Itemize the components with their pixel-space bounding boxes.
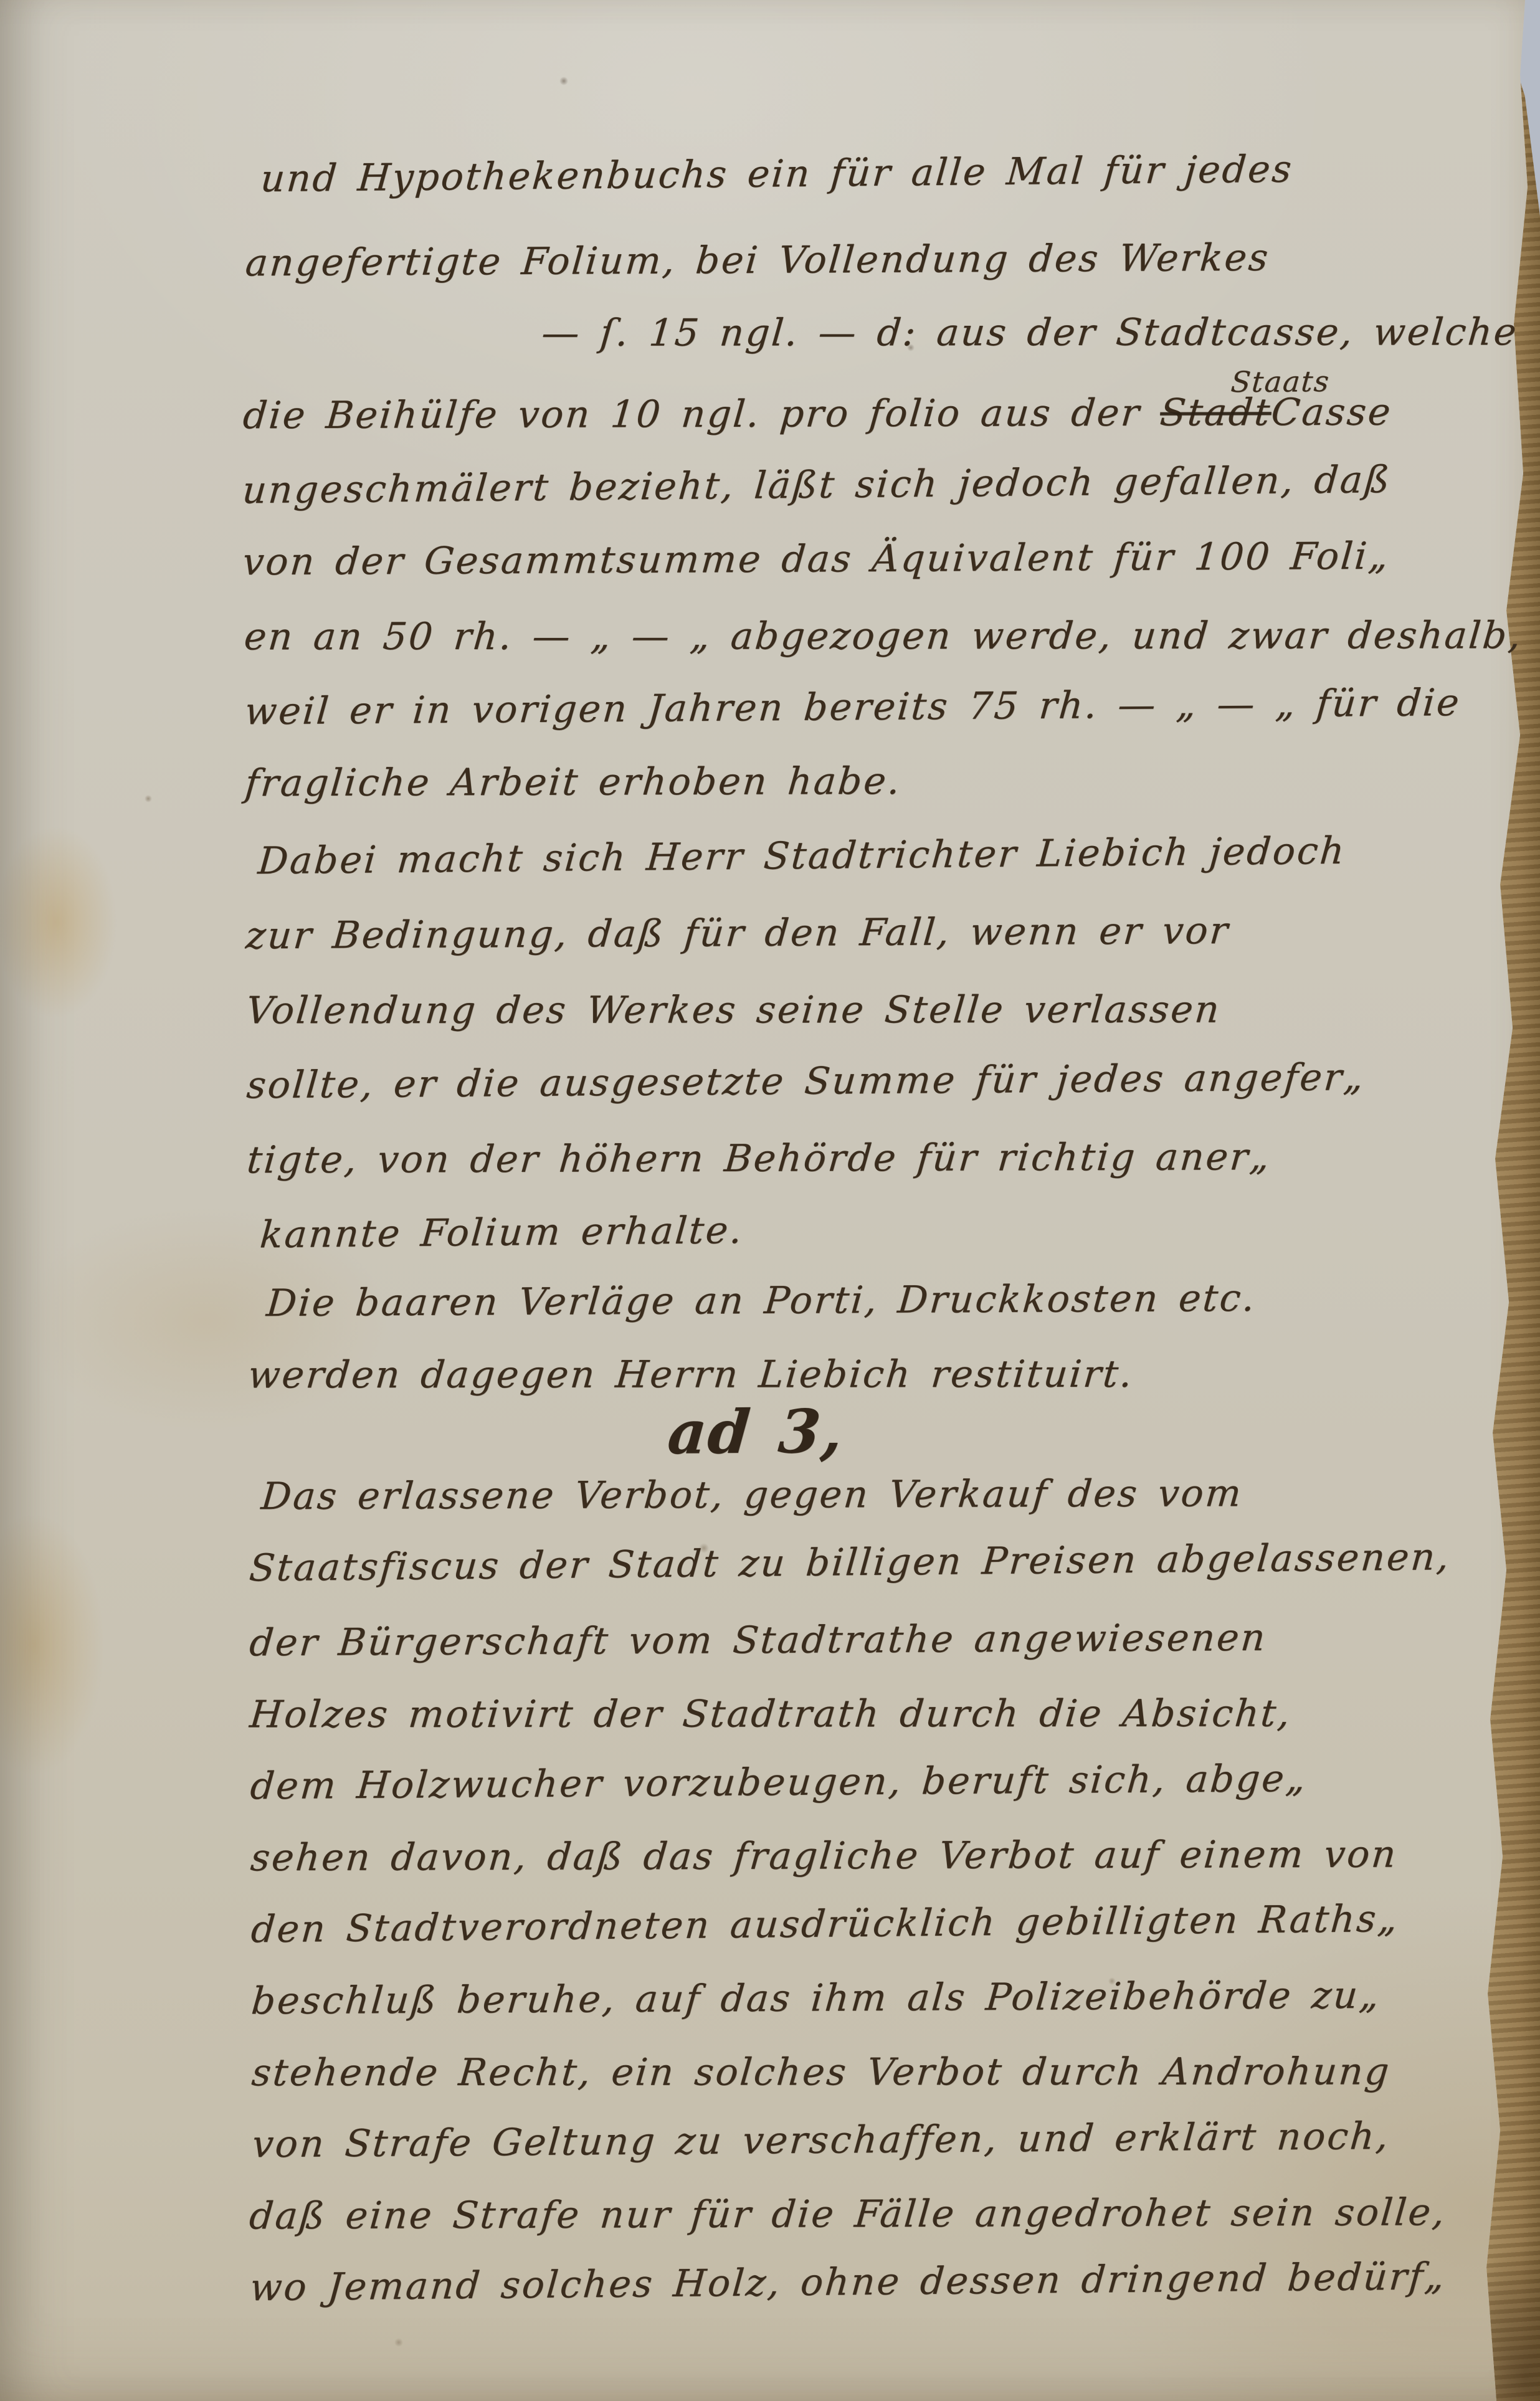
- manuscript-line: — ſ. 15 ngl. — d: aus der Stadtcasse, we…: [540, 311, 1520, 354]
- manuscript-line: zur Bedingung, daß für den Fall, wenn er…: [244, 910, 1231, 957]
- section-heading: ad 3,: [665, 1398, 847, 1467]
- manuscript-line: ungeschmälert bezieht, läßt sich jedoch …: [241, 459, 1393, 512]
- manuscript-line: fragliche Arbeit erhoben habe.: [244, 761, 903, 805]
- struck-word: Stadt: [1158, 391, 1273, 435]
- manuscript-line: Die baaren Verläge an Porti, Druckkosten…: [265, 1278, 1258, 1325]
- manuscript-line: Holzes motivirt der Stadtrath durch die …: [248, 1693, 1293, 1736]
- manuscript-line: die Beihülfe von 10 ngl. pro folio aus d…: [242, 392, 1394, 437]
- manuscript-line: Vollendung des Werkes seine Stelle verla…: [244, 989, 1222, 1032]
- manuscript-line: wo Jemand solches Holz, ohne dessen drin…: [249, 2256, 1448, 2309]
- manuscript-line: beschluß beruhe, auf das ihm als Polizei…: [250, 1975, 1382, 2023]
- manuscript-scan: und Hypothekenbuchs ein für alle Mal für…: [0, 0, 1540, 2401]
- manuscript-line: Staatsfiscus der Stadt zu billigen Preis…: [248, 1536, 1452, 1589]
- manuscript-line: kannte Folium erhalte.: [259, 1210, 745, 1257]
- manuscript-line: und Hypothekenbuchs ein für alle Mal für…: [259, 149, 1295, 201]
- manuscript-line: der Bürgerschaft vom Stadtrathe angewies…: [248, 1617, 1268, 1665]
- manuscript-line: dem Holzwucher vorzubeugen, beruft sich,…: [249, 1758, 1308, 1808]
- manuscript-line: Dabei macht sich Herr Stadtrichter Liebi…: [257, 830, 1347, 883]
- manuscript-line: stehende Recht, ein solches Verbot durch…: [250, 2051, 1392, 2094]
- text-layer: und Hypothekenbuchs ein für alle Mal für…: [0, 0, 1540, 2401]
- manuscript-line: tigte, von der höhern Behörde für richti…: [245, 1136, 1273, 1181]
- manuscript-line: sehen davon, daß das fragliche Verbot au…: [249, 1834, 1399, 1880]
- manuscript-line: daß eine Strafe nur für die Fälle angedr…: [248, 2192, 1448, 2237]
- manuscript-line: von Strafe Geltung zu verschaffen, und e…: [250, 2116, 1391, 2166]
- line-segment: die Beihülfe von 10 ngl. pro folio aus d…: [241, 391, 1162, 438]
- manuscript-line: werden dagegen Herrn Liebich restituirt.: [246, 1354, 1135, 1397]
- manuscript-line: den Stadtverordneten ausdrücklich gebill…: [250, 1898, 1400, 1951]
- manuscript-line: en an 50 rh. — „ — „ abgezogen werde, un…: [242, 615, 1524, 658]
- manuscript-line: von der Gesammtsumme das Äquivalent für …: [241, 536, 1392, 584]
- manuscript-line: sollte, er die ausgesetzte Summe für jed…: [245, 1057, 1366, 1106]
- manuscript-line: weil er in vorigen Jahren bereits 75 rh.…: [243, 682, 1462, 733]
- manuscript-line: angefertigte Folium, bei Vollendung des …: [244, 237, 1271, 285]
- manuscript-line: Das erlassene Verbot, gegen Verkauf des …: [260, 1473, 1245, 1518]
- line-segment: Casse: [1270, 391, 1394, 435]
